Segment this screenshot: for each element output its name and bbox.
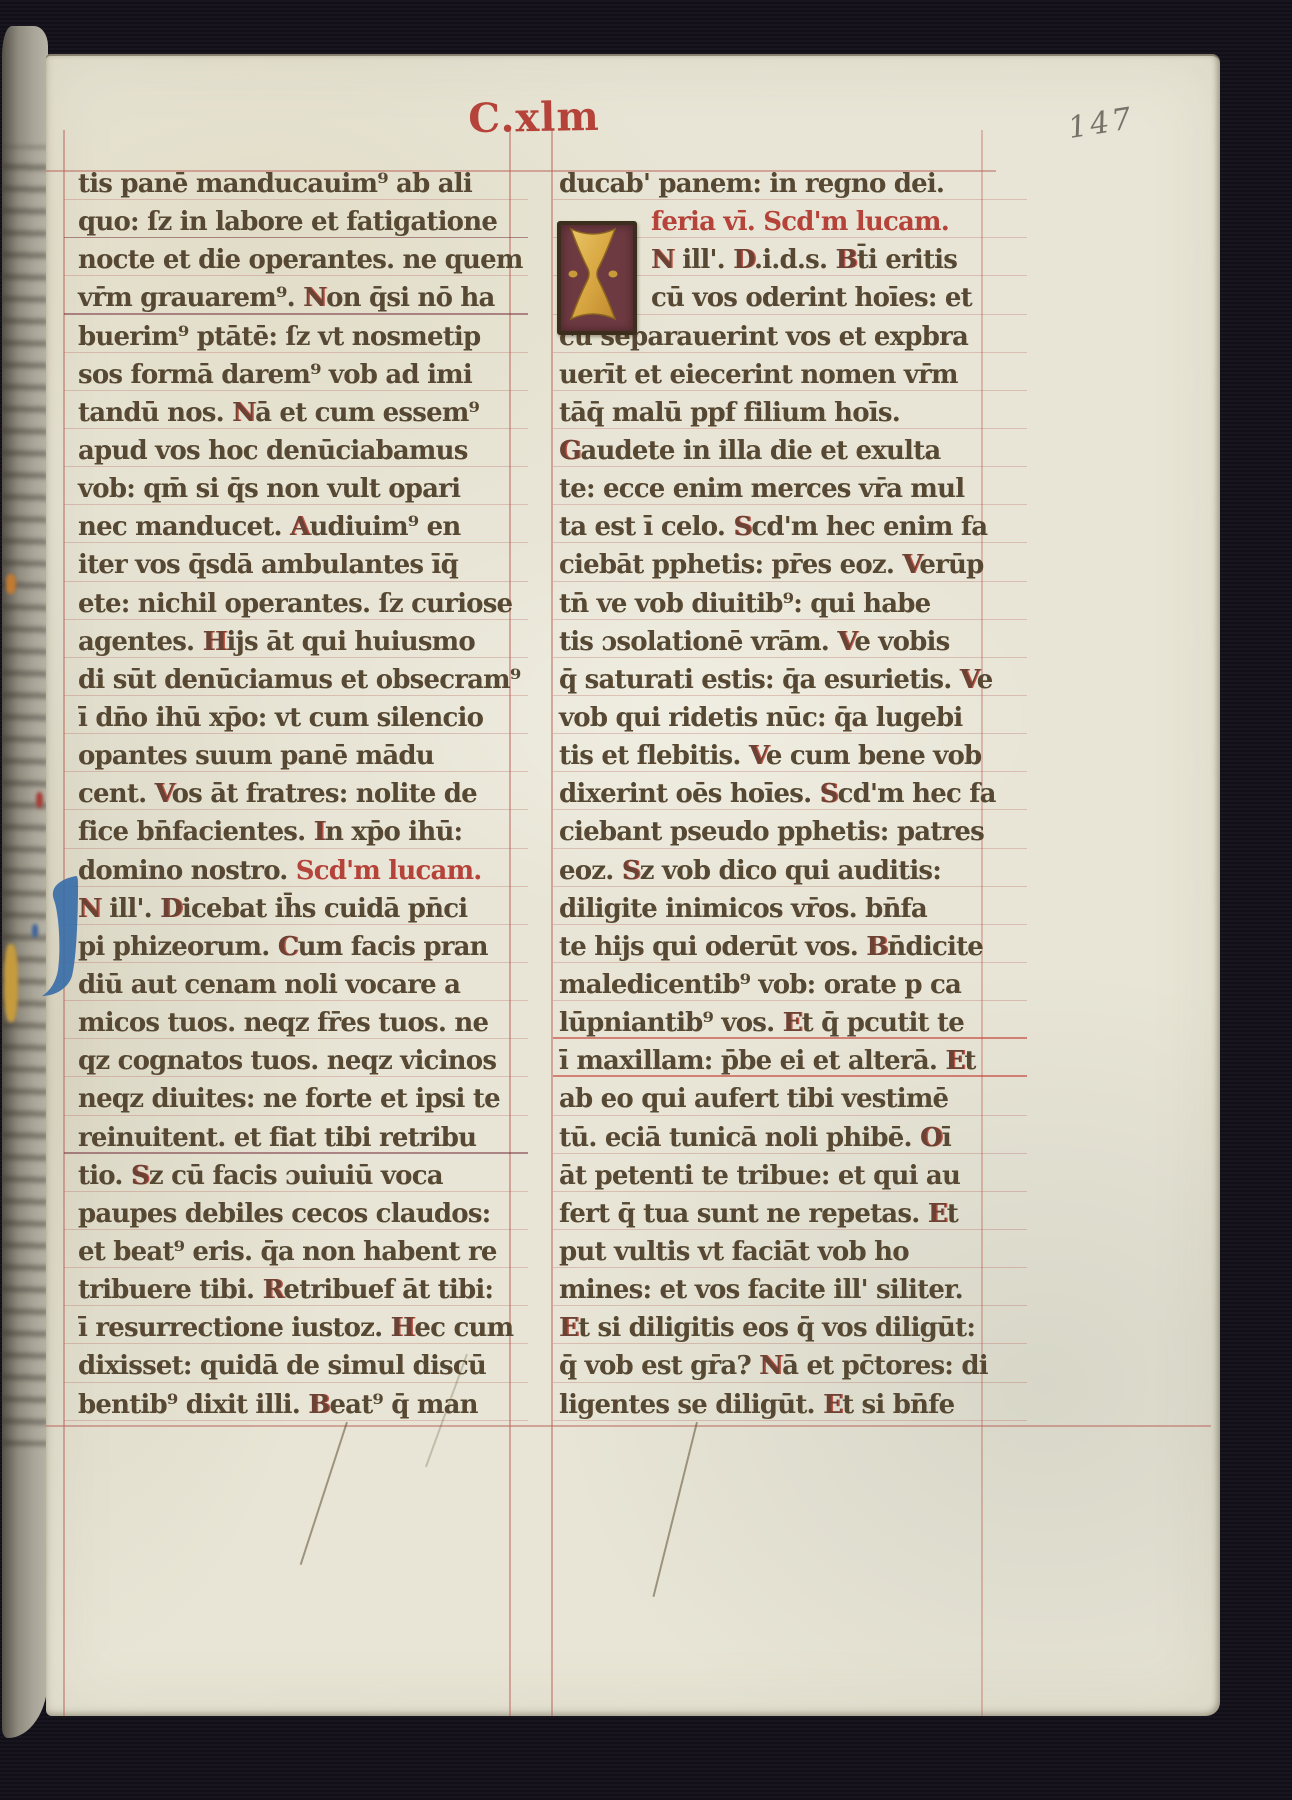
body-text: t si diligitis eos q̄ vos diligūt: [578, 1313, 975, 1343]
body-text: G [559, 436, 580, 466]
body-text: āt petenti te tribue: et qui au [559, 1161, 960, 1191]
body-text: et beat⁹ eris. q̄a non habent re [78, 1237, 497, 1267]
rubric-text: Scd'm lucam. [296, 856, 482, 886]
text-line: ete: nichil operantes. ſz curiose [78, 586, 518, 624]
body-text: tribuere tibi. [78, 1275, 263, 1305]
text-line: tandū nos. Nā et cum essem⁹ [78, 395, 518, 433]
body-text: I [314, 817, 325, 847]
body-text: S [622, 856, 640, 886]
body-text: C [278, 932, 298, 962]
text-line: Gaudete in illa die et exulta [559, 433, 1013, 471]
body-text: iter vos q̄sdā ambulantes īq̄ [78, 550, 458, 580]
body-text: tio. [78, 1161, 131, 1191]
body-text: um facis pran [298, 932, 488, 962]
body-text: tis ɔsolationē vrām. [559, 627, 837, 657]
text-line: N ill'. Dicebat ih̄s cuidā pn̄ci [78, 891, 518, 929]
body-text: e [977, 665, 993, 695]
body-text: paupes debiles cecos claudos: [78, 1199, 490, 1229]
text-line: opantes suum panē mādu [78, 738, 518, 776]
body-text: reinuitent. et fiat tibi retribu [78, 1123, 476, 1153]
body-text: N [303, 283, 326, 313]
body-text: z vob dico qui auditis: [640, 856, 941, 886]
body-text: B [866, 932, 887, 962]
body-text: pi phizeorum. [78, 932, 278, 962]
text-line: tribuere tibi. Retribuef āt tibi: [78, 1272, 518, 1310]
body-text: e cum bene vob [766, 741, 982, 771]
body-text: n̄dicite [887, 932, 983, 962]
text-line: reinuitent. et fiat tibi retribu [78, 1120, 518, 1158]
text-line: diū aut cenam noli vocare a [78, 967, 518, 1005]
left-column: tis panē manducauim⁹ ab aliquo: ſz in la… [78, 166, 518, 1425]
text-line: apud vos hoc denūciabamus [78, 433, 518, 471]
body-text: V [902, 550, 919, 580]
text-line: micos tuos. neqz fr̄es tuos. ne [78, 1005, 518, 1043]
body-text: S [131, 1161, 149, 1191]
text-line: ī resurrectione iustoz. Hec cum [78, 1310, 518, 1348]
blue-initial-I [42, 874, 86, 1000]
body-text: V [155, 779, 172, 809]
body-text: micos tuos. neqz fr̄es tuos. ne [78, 1008, 488, 1038]
pen-flourish [652, 1422, 697, 1597]
body-text: lūpniantib⁹ vos. [559, 1008, 783, 1038]
body-text: R [263, 1275, 284, 1305]
body-text: E [945, 1046, 964, 1076]
body-text: ab eo qui aufert tibi vestimē [559, 1084, 948, 1114]
text-line: vob qui ridetis nūc: q̄a lugebi [559, 700, 1013, 738]
body-text: ducab' panem: in regno dei. [559, 169, 944, 199]
body-text: te hijs qui oderūt vos. [559, 932, 866, 962]
text-line: put vultis vt faciāt vob ho [559, 1234, 1013, 1272]
body-text: apud vos hoc denūciabamus [78, 436, 468, 466]
text-line: nocte et die operantes. ne quem [78, 242, 518, 280]
body-text: ciebant pseudo pphetis: patres [559, 817, 984, 847]
text-line: tn̄ ve vob diuitib⁹: qui habe [559, 586, 1013, 624]
text-line: iter vos q̄sdā ambulantes īq̄ [78, 547, 518, 585]
body-text: V [960, 665, 977, 695]
body-text: cū vos oderint hoīes: et [651, 283, 972, 313]
text-line: paupes debiles cecos claudos: [78, 1196, 518, 1234]
body-text: etribuef āt tibi: [283, 1275, 493, 1305]
body-text: t [964, 1046, 975, 1076]
body-text: uerīt et eiecerint nomen vr̄m [559, 360, 958, 390]
body-text: vob qui ridetis nūc: q̄a lugebi [559, 703, 963, 733]
right-column: ducab' panem: in regno dei.feria vī. Scd… [555, 166, 1013, 1425]
text-line: fice bn̄facientes. In xp̄o ihū: [78, 814, 518, 852]
body-text: cd'm hec enim fa [751, 512, 987, 542]
body-text: E [928, 1199, 947, 1229]
body-text: tis et flebitis. [559, 741, 749, 771]
text-line: tis panē manducauim⁹ ab ali [78, 166, 518, 204]
body-text: ā et cum essem⁹ [255, 398, 479, 428]
body-text: vr̄m grauarem⁹. [78, 283, 303, 313]
text-line: vob: qm̄ si q̄s non vult opari [78, 471, 518, 509]
body-text: ī [942, 1123, 951, 1153]
body-text: ete: nichil operantes. ſz curiose [78, 589, 512, 619]
body-text: agentes. [78, 627, 203, 657]
text-line: uerīt et eiecerint nomen vr̄m [559, 357, 1013, 395]
body-text: V [749, 741, 766, 771]
text-line: te hijs qui oderūt vos. Bn̄dicite [559, 929, 1013, 967]
body-text: vob: qm̄ si q̄s non vult opari [78, 474, 460, 504]
text-line: ligentes se diligūt. Et si bn̄fe [559, 1387, 1013, 1425]
text-line: di sūt denūciamus et obsecram⁹ [78, 662, 518, 700]
facing-page-blue-mark [32, 924, 38, 938]
body-text: icebat ih̄s cuidā pn̄ci [182, 894, 468, 924]
folio-number: 147 [1066, 101, 1137, 146]
body-text: H [203, 627, 227, 657]
text-line: q̄ vob est gr̄a? Nā et pc̄tores: di [559, 1348, 1013, 1386]
text-line: ciebant pseudo pphetis: patres [559, 814, 1013, 852]
body-text: put vultis vt faciāt vob ho [559, 1237, 909, 1267]
manuscript-photo: C.xlm 147 tis panē manducauim⁹ ab aliquo… [0, 0, 1292, 1800]
body-text: N [651, 245, 674, 275]
body-text: audete in illa die et exulta [580, 436, 940, 466]
body-text: tāq̄ malū ppf filium hoīs. [559, 398, 900, 428]
text-line: et beat⁹ eris. q̄a non habent re [78, 1234, 518, 1272]
body-text: os āt fratres: nolite de [172, 779, 477, 809]
body-text: sos formā darem⁹ vob ad imi [78, 360, 472, 390]
body-text: H [391, 1313, 415, 1343]
gold-initial-glyph [561, 225, 625, 323]
body-text: S [733, 512, 751, 542]
body-text: nocte et die operantes. ne quem [78, 245, 523, 275]
body-text: z cū facis ɔuiuiū voca [149, 1161, 443, 1191]
body-text: B [308, 1390, 329, 1420]
blue-initial-glyph [42, 874, 86, 1000]
body-text: diligite inimicos vr̄os. bn̄fa [559, 894, 927, 924]
body-text: qz cognatos tuos. neqz vicinos [78, 1046, 496, 1076]
text-line: dixerint oēs hoīes. Scd'm hec fa [559, 776, 1013, 814]
text-line: ciebāt pphetis: pr̄es eoz. Verūp [559, 547, 1013, 585]
pen-flourish [300, 1422, 348, 1565]
text-line: ī dn̄o ihū xp̄o: vt cum silencio [78, 700, 518, 738]
body-text: cent. [78, 779, 155, 809]
body-text: ijs āt qui huiusmo [226, 627, 475, 657]
body-text: on q̄si nō ha [326, 283, 495, 313]
body-text: ec cum [414, 1313, 513, 1343]
body-text: fice bn̄facientes. [78, 817, 314, 847]
body-text: mines: et vos facite ill' siliter. [559, 1275, 963, 1305]
body-text: dixisset: quidā de simul discū [78, 1351, 486, 1381]
body-text: E [783, 1008, 802, 1038]
body-text: .i.d.s. [754, 245, 836, 275]
body-text: ta est ī celo. [559, 512, 733, 542]
text-line: fert q̄ tua sunt ne repetas. Et [559, 1196, 1013, 1234]
body-text: ā et pc̄tores: di [782, 1351, 988, 1381]
body-text: ill'. [674, 245, 733, 275]
body-text: n xp̄o ihū: [325, 817, 462, 847]
body-text: A [290, 512, 309, 542]
body-text: t si bn̄fe [842, 1390, 954, 1420]
text-line: diligite inimicos vr̄os. bn̄fa [559, 891, 1013, 929]
body-text: domino nostro. [78, 856, 296, 886]
body-text: opantes suum panē mādu [78, 741, 434, 771]
text-line: tio. Sz cū facis ɔuiuiū voca [78, 1158, 518, 1196]
body-text: ī maxillam: p̄be ei et alterā. [559, 1046, 945, 1076]
body-text: di sūt denūciamus et obsecram⁹ [78, 665, 520, 695]
text-line: dixisset: quidā de simul discū [78, 1348, 518, 1386]
body-text: udiuim⁹ en [309, 512, 460, 542]
gold-initial-I [557, 221, 637, 335]
text-line: tis ɔsolationē vrām. Ve vobis [559, 624, 1013, 662]
body-text: t̄i eritis [857, 245, 957, 275]
text-line: āt petenti te tribue: et qui au [559, 1158, 1013, 1196]
body-text: dixerint oēs hoīes. [559, 779, 820, 809]
body-text: tn̄ ve vob diuitib⁹: qui habe [559, 589, 930, 619]
body-text: buerim⁹ ptātē: ſz vt nosmetip [78, 322, 480, 352]
body-text: te: ecce enim merces vr̄a mul [559, 474, 964, 504]
text-line: ī maxillam: p̄be ei et alterā. Et [559, 1043, 1013, 1081]
chapter-heading: C.xlm [434, 92, 635, 142]
text-line: ab eo qui aufert tibi vestimē [559, 1081, 1013, 1119]
text-line: cent. Vos āt fratres: nolite de [78, 776, 518, 814]
body-text: ī dn̄o ihū xp̄o: vt cum silencio [78, 703, 483, 733]
text-line: vr̄m grauarem⁹. Non q̄si nō ha [78, 280, 518, 318]
body-text: B [836, 245, 857, 275]
text-line: qz cognatos tuos. neqz vicinos [78, 1043, 518, 1081]
body-text: fert q̄ tua sunt ne repetas. [559, 1199, 928, 1229]
body-text: ligentes se diligūt. [559, 1390, 823, 1420]
body-text: D [160, 894, 182, 924]
text-line: q̄ saturati estis: q̄a esurietis. Ve [559, 662, 1013, 700]
body-text: quo: ſz in labore et fatigatione [78, 207, 497, 237]
body-text: tandū nos. [78, 398, 232, 428]
body-text: S [820, 779, 838, 809]
facing-page-gold-initial [4, 944, 18, 1022]
text-line: domino nostro. Scd'm lucam. [78, 853, 518, 891]
body-text: t [947, 1199, 958, 1229]
parchment-page: C.xlm 147 tis panē manducauim⁹ ab aliquo… [46, 54, 1220, 1716]
body-text: e vobis [854, 627, 949, 657]
body-text: diū aut cenam noli vocare a [78, 970, 460, 1000]
text-line: neqz diuites: ne forte et ipsi te [78, 1081, 518, 1119]
body-text: D [733, 245, 754, 275]
text-line: sos formā darem⁹ vob ad imi [78, 357, 518, 395]
body-text: ī resurrectione iustoz. [78, 1313, 391, 1343]
text-line: te: ecce enim merces vr̄a mul [559, 471, 1013, 509]
rubric-text: feria vī. Scd'm lucam. [651, 207, 949, 237]
text-line: nec manducet. Audiuim⁹ en [78, 509, 518, 547]
text-line: tāq̄ malū ppf filium hoīs. [559, 395, 1013, 433]
text-line: buerim⁹ ptātē: ſz vt nosmetip [78, 319, 518, 357]
text-line: tis et flebitis. Ve cum bene vob [559, 738, 1013, 776]
text-line: lūpniantib⁹ vos. Et q̄ pcutit te [559, 1005, 1013, 1043]
body-text: tis panē manducauim⁹ ab ali [78, 169, 472, 199]
facing-page-orange-initial [6, 574, 16, 594]
body-text: ill'. [101, 894, 160, 924]
body-text: E [823, 1390, 842, 1420]
body-text: q̄ vob est gr̄a? [559, 1351, 759, 1381]
body-text: erūp [919, 550, 983, 580]
body-text: E [559, 1313, 578, 1343]
text-line: tū. eciā tunicā noli phibē. Oī [559, 1120, 1013, 1158]
text-line: pi phizeorum. Cum facis pran [78, 929, 518, 967]
body-text: eoz. [559, 856, 622, 886]
body-text: neqz diuites: ne forte et ipsi te [78, 1084, 500, 1114]
body-text: t q̄ pcutit te [802, 1008, 964, 1038]
body-text: nec manducet. [78, 512, 290, 542]
body-text: maledicentib⁹ vob: orate p ca [559, 970, 961, 1000]
text-line: agentes. Hijs āt qui huiusmo [78, 624, 518, 662]
text-line: ducab' panem: in regno dei. [559, 166, 1013, 204]
text-line: quo: ſz in labore et fatigatione [78, 204, 518, 242]
body-text: bentib⁹ dixit illi. [78, 1390, 308, 1420]
body-text: cd'm hec fa [838, 779, 996, 809]
facing-page-red-mark [36, 792, 43, 808]
body-text: tū. eciā tunicā noli phibē. [559, 1123, 920, 1153]
text-line: eoz. Sz vob dico qui auditis: [559, 853, 1013, 891]
body-text: O [920, 1123, 942, 1153]
body-text: N [759, 1351, 782, 1381]
text-line: mines: et vos facite ill' siliter. [559, 1272, 1013, 1310]
body-text: ciebāt pphetis: pr̄es eoz. [559, 550, 902, 580]
text-line: ta est ī celo. Scd'm hec enim fa [559, 509, 1013, 547]
body-text: eat⁹ q̄ man [329, 1390, 477, 1420]
body-text: q̄ saturati estis: q̄a esurietis. [559, 665, 960, 695]
text-line: maledicentib⁹ vob: orate p ca [559, 967, 1013, 1005]
text-line: Et si diligitis eos q̄ vos diligūt: [559, 1310, 1013, 1348]
ruling-horizontal-bottom [46, 1425, 1211, 1427]
body-text: N [232, 398, 255, 428]
body-text: V [837, 627, 854, 657]
